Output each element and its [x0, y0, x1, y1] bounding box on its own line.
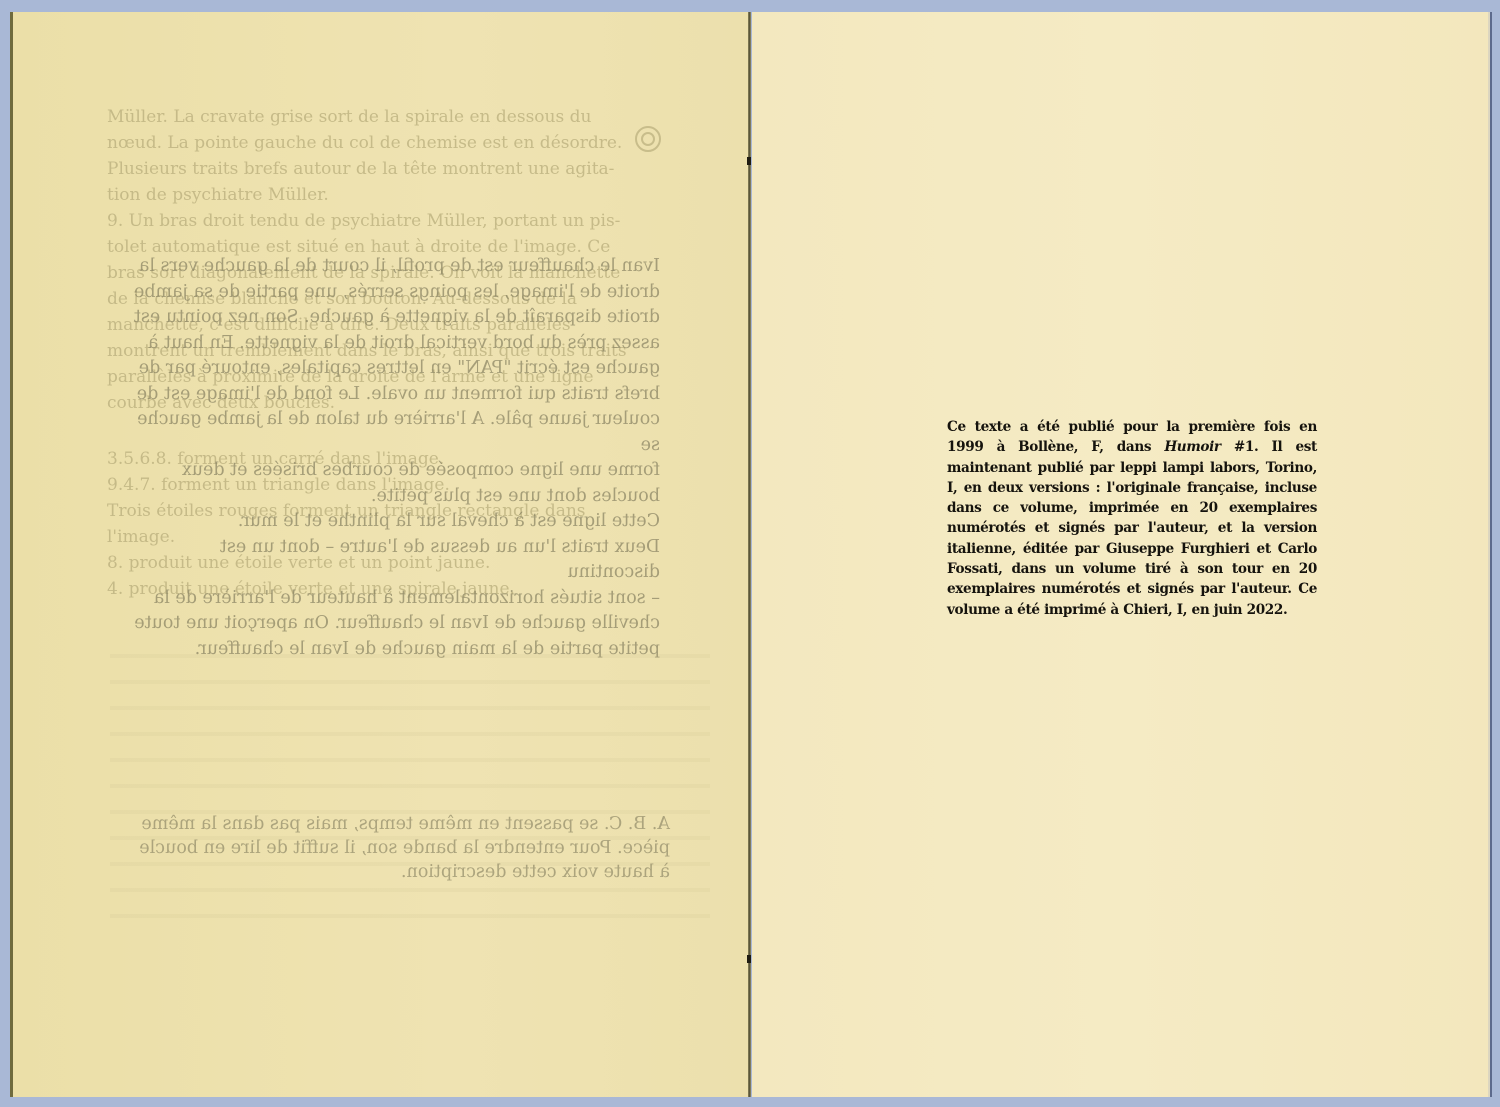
colophon-text-rest: #1. Il est maintenant publié par leppi l… — [947, 439, 1317, 617]
show-through-text-mirrored: Ivan le chauffeur est de profil, il cour… — [130, 254, 660, 662]
book-spread: Müller. La cravate grise sort de la spir… — [10, 12, 1490, 1097]
mirrored-line: droite disparaît de la vignette à gauche… — [130, 305, 660, 331]
ghost-line: Müller. La cravate grise sort de la spir… — [107, 104, 637, 130]
publication-title: Humoir — [1164, 439, 1220, 455]
mirrored-line: brefs traits qui forment un ovale. Le fo… — [130, 382, 660, 408]
ghost-line: 9. Un bras droit tendu de psychiatre Mül… — [107, 208, 637, 234]
spiral-icon — [635, 126, 661, 152]
left-page: Müller. La cravate grise sort de la spir… — [10, 12, 750, 1097]
mirrored-line: couleur jaune pâle. A l'arrière du talon… — [130, 407, 660, 458]
mirrored-line: gauche est écrit "PAN" en lettres capita… — [130, 356, 660, 382]
mirrored-footer-line: A. B. C. se passent en même temps, mais … — [130, 812, 670, 836]
colophon-paragraph: Ce texte a été publié pour la première f… — [947, 417, 1317, 620]
mirrored-line: assez près du bord vertical droit de la … — [130, 331, 660, 357]
staple-top — [747, 157, 751, 165]
faint-show-through-block — [110, 632, 710, 932]
mirrored-line: – sont situés horizontalement à hauteur … — [130, 586, 660, 612]
mirrored-line: droite de l'image, les poings serrés, un… — [130, 280, 660, 306]
mirrored-line: forme une ligne composée de courbes bris… — [130, 458, 660, 484]
ghost-line: nœud. La pointe gauche du col de chemise… — [107, 130, 637, 156]
colophon: Ce texte a été publié pour la première f… — [947, 417, 1317, 620]
mirrored-line: Ivan le chauffeur est de profil, il cour… — [130, 254, 660, 280]
book-gutter — [748, 12, 751, 1097]
right-page: Ce texte a été publié pour la première f… — [752, 12, 1490, 1097]
mirrored-line: Cette ligne est à cheval sur la plinthe … — [130, 509, 660, 535]
mirrored-footer-line: à haute voix cette description. — [130, 860, 670, 884]
staple-bottom — [747, 955, 751, 963]
mirrored-line: boucles dont une est plus petite. — [130, 484, 660, 510]
mirrored-line: Deux traits l'un au dessus de l'autre – … — [130, 535, 660, 586]
show-through-footer-mirrored: A. B. C. se passent en même temps, mais … — [130, 812, 670, 884]
mirrored-footer-line: pièce. Pour entendre la bande son, il su… — [130, 836, 670, 860]
ghost-line: tion de psychiatre Müller. — [107, 182, 637, 208]
ghost-line: Plusieurs traits brefs autour de la tête… — [107, 156, 637, 182]
